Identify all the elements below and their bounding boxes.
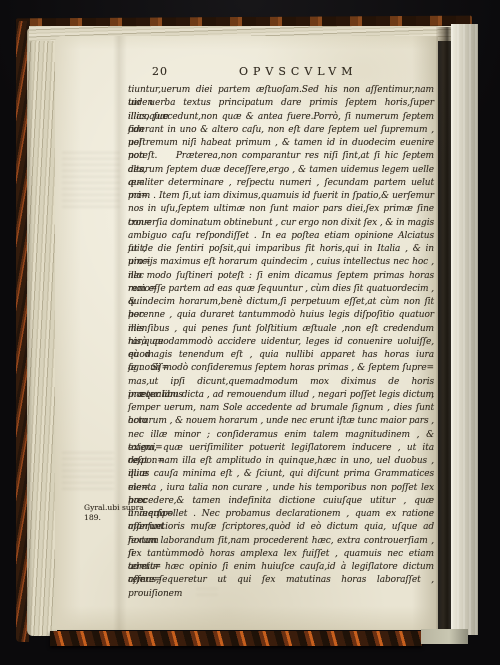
text-line: ſex tantùmmodò horas amplexa lex fuiſſet… bbox=[128, 548, 434, 561]
text-line: qualiter determinare , reſpectu numeri ,… bbox=[128, 177, 434, 190]
text-line: ſiderant in uno & altero caſu, non eſt d… bbox=[128, 124, 434, 137]
text-line: tiuntur,uerum diei partem æſtuoſam.Sed h… bbox=[128, 84, 434, 97]
text-line: poſtremum niſi habeat primum , & tamen i… bbox=[128, 137, 434, 150]
signature-mark-smudge bbox=[196, 588, 218, 596]
text-line: perenne , quia duraret tantummodò huius … bbox=[128, 309, 434, 322]
facing-page-edge bbox=[451, 24, 478, 635]
text-line: illico ſuccedunt,non quæ & antea fuere.P… bbox=[128, 111, 434, 124]
cover-bottom-edge bbox=[50, 631, 422, 646]
text-line: horam laborandum ſit,nam procederent hæc… bbox=[128, 535, 434, 548]
text-line: eò magis tenendum eſt , quia nullibi app… bbox=[128, 349, 434, 362]
text-line: nos in uſu,ſeptem ultimæ non ſunt maior … bbox=[128, 203, 434, 216]
text-line: quindecim horarum,benè dictum,ſi perpetu… bbox=[128, 296, 434, 309]
margin-note-citation: Gyral.ubi supra bbox=[84, 503, 144, 513]
bleed-through-smudge bbox=[62, 452, 114, 490]
bleed-through-smudge bbox=[62, 152, 120, 210]
text-line: altarum ſeptem duæ deceſſere,ergo , & ta… bbox=[128, 164, 434, 177]
text-line: menta , iura talia non curare , unde his… bbox=[128, 482, 434, 495]
text-line: mam . Item ſi,ut iam diximus,quamuis id … bbox=[128, 190, 434, 203]
gutter-shadow bbox=[436, 27, 452, 631]
margin-note: Gyral.ubi supra 189. bbox=[84, 503, 144, 523]
text-line: ſe . Si modò conſideremus ſeptem horas p… bbox=[128, 362, 434, 375]
running-title: OPVSCVLVM bbox=[239, 65, 357, 78]
page-number: 20 bbox=[152, 65, 168, 78]
text-line: rarò quodammodò accidere uidentur, leges… bbox=[128, 336, 434, 349]
page-edges-left bbox=[27, 28, 57, 636]
text-line: trouerſia dominatum obtinebunt , cur erg… bbox=[128, 217, 434, 230]
text-line: deat . nam illa eſt amplitudo in quinque… bbox=[128, 455, 434, 468]
text-line: menſibus , qui penes ſunt ſolſtitium æſt… bbox=[128, 323, 434, 336]
margin-note-page-ref: 189. bbox=[84, 513, 144, 523]
text-line: poteſt. Præterea,non comparantur res niſ… bbox=[128, 150, 434, 163]
text-line: manſuetioris muſæ ſcriptores,quòd id eò … bbox=[128, 521, 434, 534]
text-line: rem eſſe partem ad eas quæ ſequuntur , c… bbox=[128, 283, 434, 296]
text-line: uincijs maximus eſt horarum quindecim , … bbox=[128, 256, 434, 269]
text-line: ut de die ſentiri poſsit,qui imparibus f… bbox=[128, 243, 434, 256]
text-line: illo modo ſuſtineri poteſt : ſi enim dic… bbox=[128, 270, 434, 283]
text-line: procedere,& tamen indefinita dictione cu… bbox=[128, 495, 434, 508]
text-line: ſemper uerum, nam Sole accedente ad brum… bbox=[128, 402, 434, 415]
text-line: mas,ut ipſi dicunt,quemadmodum mox dixim… bbox=[128, 376, 434, 389]
book-photo-scene: 20 OPVSCVLVM tiuntur,uerum diei partem æ… bbox=[0, 0, 500, 665]
text-line: horarum , & nouem horarum , unde nec eru… bbox=[128, 415, 434, 428]
cover-bottom-corner bbox=[421, 629, 468, 644]
text-block: tiuntur,uerum diei partem æſtuoſam.Sed h… bbox=[128, 84, 434, 588]
text-line: illius cauſa minima eſt , & ſciunt, qui … bbox=[128, 468, 434, 481]
text-line: nec illæ minor ; conſideramus enim talem… bbox=[128, 429, 434, 442]
text-line: teretur hæc opinio ſi enim huiuſce cauſa… bbox=[128, 561, 434, 574]
text-line: tatem, quæ ueriſimiliter potuerit legiſl… bbox=[128, 442, 434, 455]
text-line: præter iam dicta , ad remouendum illud ,… bbox=[128, 389, 434, 402]
text-line: tur uerba textus principatum dare primis… bbox=[128, 97, 434, 110]
text-line: li æquipollet . Nec probamus declaration… bbox=[128, 508, 434, 521]
text-line: remus,ſequeretur ut qui ſex matutinas ho… bbox=[128, 574, 434, 587]
text-line: ambiguo caſu reſpondiſſet . In ea poſtea… bbox=[128, 230, 434, 243]
